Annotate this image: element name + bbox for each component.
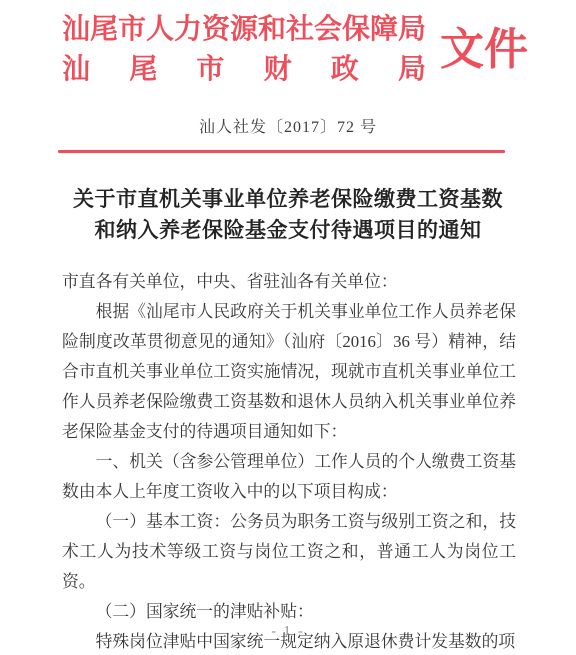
document-type-label: 文件 bbox=[440, 26, 528, 74]
document-body: 市直各有关单位，中央、省驻汕各有关单位： 根据《汕尾市人民政府关于机关事业单位工… bbox=[62, 267, 516, 655]
issuing-agencies: 汕尾市人力资源和社会保障局 汕尾市财政局 bbox=[62, 10, 426, 90]
red-divider-line bbox=[58, 150, 505, 153]
agency-name-line1: 汕尾市人力资源和社会保障局 bbox=[62, 10, 426, 50]
body-paragraph: （二）国家统一的津贴补贴： bbox=[62, 597, 516, 627]
body-paragraph: 一、机关（含参公管理单位）工作人员的个人缴费工资基数由本人上年度工资收入中的以下… bbox=[62, 447, 516, 507]
document-number: 汕人社发〔2017〕72 号 bbox=[0, 117, 576, 139]
body-paragraph: 根据《汕尾市人民政府关于机关事业单位工作人员养老保险制度改革贯彻意见的通知》（汕… bbox=[62, 297, 516, 447]
document-title-line1: 关于市直机关事业单位养老保险缴费工资基数 bbox=[0, 184, 576, 215]
document-title-line2: 和纳入养老保险基金支付待遇项目的通知 bbox=[0, 215, 576, 246]
body-paragraph: （一）基本工资：公务员为职务工资与级别工资之和，技术工人为技术等级工资与岗位工资… bbox=[62, 507, 516, 597]
letterhead: 汕尾市人力资源和社会保障局 汕尾市财政局 文件 bbox=[62, 10, 506, 90]
page-number: - 1 - bbox=[0, 624, 576, 640]
agency-name-line2: 汕尾市财政局 bbox=[62, 50, 426, 90]
addressee-line: 市直各有关单位，中央、省驻汕各有关单位： bbox=[62, 267, 516, 297]
document-page: 汕尾市人力资源和社会保障局 汕尾市财政局 文件 汕人社发〔2017〕72 号 关… bbox=[0, 0, 576, 655]
document-title: 关于市直机关事业单位养老保险缴费工资基数 和纳入养老保险基金支付待遇项目的通知 bbox=[0, 184, 576, 246]
